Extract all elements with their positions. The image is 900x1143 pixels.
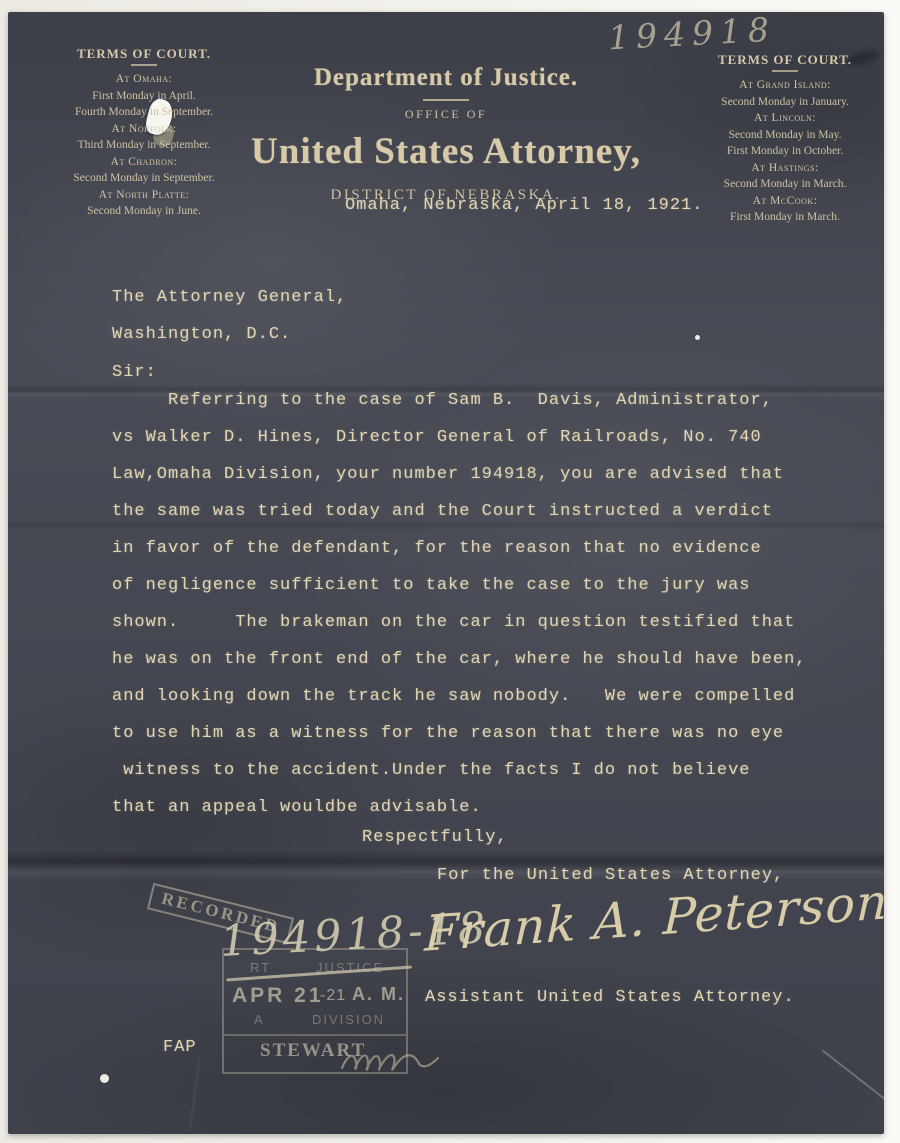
terms-right-line: Second Monday in March. xyxy=(690,176,880,193)
terms-left-line: Second Monday in June. xyxy=(44,203,244,220)
terms-right-line: First Monday in March. xyxy=(690,209,880,226)
terms-right-title: TERMS OF COURT. xyxy=(690,52,880,68)
terms-left-line: Third Monday in September. xyxy=(44,137,244,154)
terms-right-line: Second Monday in January. xyxy=(690,94,880,111)
terms-right-line: At Grand Island: xyxy=(690,77,880,94)
letter-body: Referring to the case of Sam B. Davis, A… xyxy=(112,382,832,826)
date-stamp-date: APR 21 xyxy=(232,984,324,1008)
terms-right-line: At McCook: xyxy=(690,193,880,210)
pen-flourish-mark xyxy=(338,1034,458,1079)
dateline: Omaha, Nebraska, April 18, 1921. xyxy=(345,196,703,215)
date-stamp-fragment: RT xyxy=(250,960,271,975)
letterhead-department: Department of Justice. xyxy=(246,64,646,92)
date-stamp-fragment: A xyxy=(254,1012,265,1027)
for-attorney-line: For the United States Attorney, xyxy=(437,866,784,885)
paper-speck xyxy=(695,335,700,340)
terms-left-line: At Norfolk: xyxy=(44,121,244,138)
terms-of-court-left: TERMS OF COURT. At Omaha: First Monday i… xyxy=(44,46,244,220)
closing-line: Respectfully, xyxy=(362,828,508,847)
body-line: of negligence sufficient to take the cas… xyxy=(112,567,832,604)
salutation: Sir: xyxy=(112,363,157,382)
body-line: that an appeal wouldbe advisable. xyxy=(112,789,832,826)
body-line: the same was tried today and the Court i… xyxy=(112,493,832,530)
body-line: he was on the front end of the car, wher… xyxy=(112,641,832,678)
body-line: Law,Omaha Division, your number 194918, … xyxy=(112,456,832,493)
letter-page: 194918 TERMS OF COURT. At Omaha: First M… xyxy=(8,12,884,1134)
terms-of-court-right: TERMS OF COURT. At Grand Island: Second … xyxy=(690,52,880,226)
paper-speck xyxy=(100,1074,109,1083)
terms-left-line: Second Monday in September. xyxy=(44,170,244,187)
terms-right-divider xyxy=(772,70,798,72)
signer-title: Assistant United States Attorney. xyxy=(425,988,795,1007)
letterhead-office-name: United States Attorney, xyxy=(246,130,646,173)
body-line: vs Walker D. Hines, Director General of … xyxy=(112,419,832,456)
terms-left-line: First Monday in April. xyxy=(44,88,244,105)
terms-left-divider xyxy=(131,64,157,66)
corner-crease xyxy=(822,1050,886,1101)
recipient-city-line: Washington, D.C. xyxy=(112,325,291,344)
signature-frank-a-peterson: Frank A. Peterson xyxy=(424,874,875,963)
recipient-line: The Attorney General, xyxy=(112,288,347,307)
terms-right-line: At Hastings: xyxy=(690,160,880,177)
terms-left-line: At Chadron: xyxy=(44,154,244,171)
terms-left-line: Fourth Monday in September. xyxy=(44,104,244,121)
letterhead: Department of Justice. OFFICE OF United … xyxy=(246,64,646,204)
typist-initials: FAP xyxy=(163,1038,197,1057)
date-stamp-fragment: DIVISION xyxy=(312,1012,385,1027)
letterhead-divider xyxy=(423,99,469,101)
handwritten-case-number: 194918 xyxy=(607,10,777,58)
bottom-crease xyxy=(188,1052,201,1131)
terms-left-title: TERMS OF COURT. xyxy=(44,46,244,62)
body-line: shown. The brakeman on the car in questi… xyxy=(112,604,832,641)
terms-left-line: At Omaha: xyxy=(44,71,244,88)
letterhead-office-of: OFFICE OF xyxy=(246,107,646,122)
body-line: in favor of the defendant, for the reaso… xyxy=(112,530,832,567)
terms-right-line: At Lincoln: xyxy=(690,110,880,127)
date-stamp-meridiem: A. M. xyxy=(352,984,405,1005)
body-line: Referring to the case of Sam B. Davis, A… xyxy=(112,382,832,419)
date-stamp-year: -21 xyxy=(320,987,346,1005)
body-line: to use him as a witness for the reason t… xyxy=(112,715,832,752)
body-line: and looking down the track he saw nobody… xyxy=(112,678,832,715)
date-stamp-fragment: JUSTICE xyxy=(316,960,384,975)
scan-background: { "page": { "handwritten_number": "19491… xyxy=(0,0,900,1143)
body-line: witness to the accident.Under the facts … xyxy=(112,752,832,789)
terms-left-line: At North Platte: xyxy=(44,187,244,204)
terms-right-line: Second Monday in May. xyxy=(690,127,880,144)
terms-right-line: First Monday in October. xyxy=(690,143,880,160)
